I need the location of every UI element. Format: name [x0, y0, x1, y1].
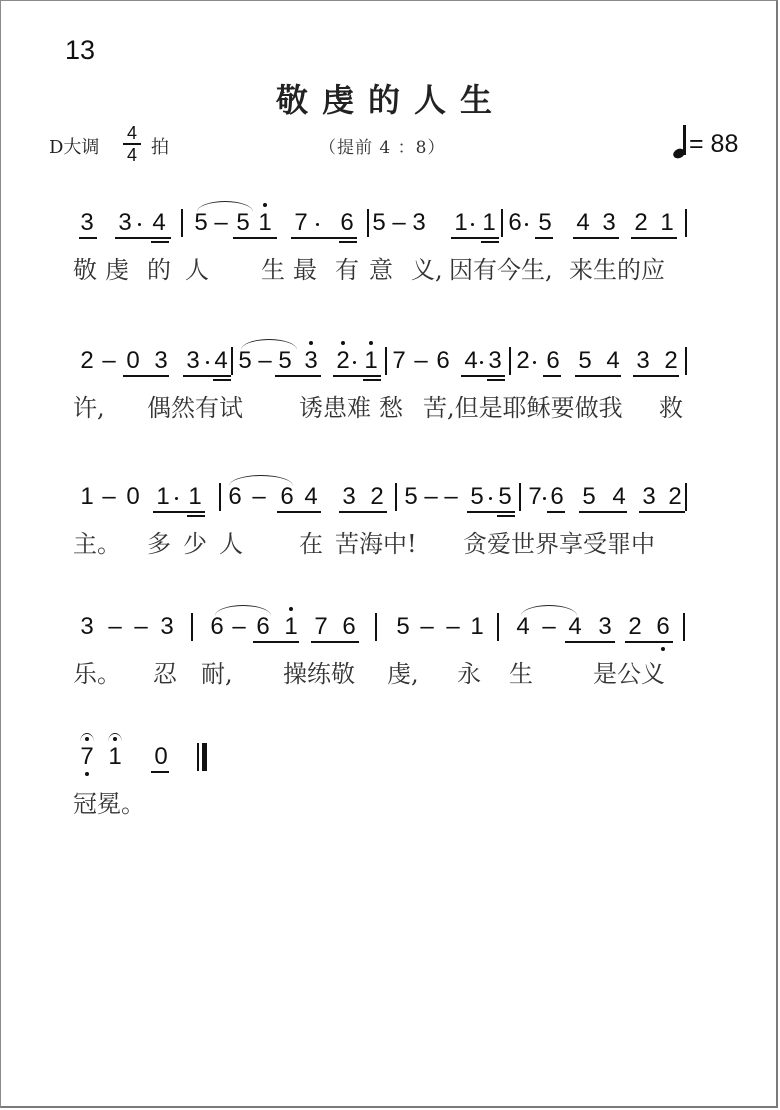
note: 2 — [515, 349, 531, 373]
eighth-underline — [277, 511, 321, 513]
dash: – — [541, 615, 557, 639]
high-octave-dot — [263, 203, 267, 207]
note: 1 — [257, 211, 273, 235]
lyric: 少 — [183, 529, 207, 559]
note: 5 — [497, 485, 513, 509]
note: 1 — [283, 615, 299, 639]
barline — [685, 483, 687, 511]
final-barline — [202, 743, 207, 771]
note: 6 — [545, 349, 561, 373]
note: 6 — [655, 615, 671, 639]
note: 6 — [255, 615, 271, 639]
song-title: 敬虔的人生 — [1, 75, 780, 121]
note: 5 — [469, 485, 485, 509]
lyric: 人 — [185, 255, 209, 285]
eighth-underline — [633, 375, 679, 377]
eighth-underline — [233, 237, 277, 239]
eighth-underline — [631, 237, 677, 239]
score-line: 3––36–61765––14–4326乐。忍耐,操练敬虔,永生是公义 — [1, 615, 780, 705]
lyric: 耐, — [201, 659, 233, 689]
eighth-underline — [573, 237, 619, 239]
lyrics-row: 主。多少人在苦海中!贪爱世界享受罪中 — [1, 529, 780, 563]
fermata-icon — [80, 733, 94, 742]
score-line: 3345–51765–311654321敬虔的人生最有意义,因有今生,来生的应 — [1, 211, 780, 301]
sixteenth-underline — [187, 515, 205, 517]
eighth-underline — [579, 511, 627, 513]
lyric: 主。 — [73, 529, 121, 559]
note: 7 — [79, 745, 95, 769]
note: 3 — [303, 349, 319, 373]
lyric: 乐。 — [73, 659, 121, 689]
note: 1 — [469, 615, 485, 639]
sixteenth-underline — [339, 241, 357, 243]
augmentation-dot — [206, 361, 209, 364]
dash: – — [391, 211, 407, 235]
quarter-note-icon — [673, 125, 687, 159]
dash: – — [423, 485, 439, 509]
eighth-underline — [253, 641, 299, 643]
eighth-underline — [639, 511, 685, 513]
eighth-underline — [481, 237, 499, 239]
lyric: 偶然有试 — [147, 393, 243, 423]
augmentation-dot — [533, 361, 536, 364]
barline — [501, 209, 503, 237]
note: 2 — [633, 211, 649, 235]
key-signature: D大调 — [49, 133, 99, 159]
augmentation-dot — [480, 361, 483, 364]
dash: – — [443, 485, 459, 509]
note: 3 — [159, 615, 175, 639]
score-page: 13 敬虔的人生 D大调 4 4 拍 （提前 4 ：8） = 88 3345–5… — [0, 0, 778, 1108]
lyrics-row: 乐。忍耐,操练敬虔,永生是公义 — [1, 659, 780, 693]
lyric: 苦海中! — [335, 529, 417, 559]
eighth-underline — [547, 511, 565, 513]
lyric: 贪爱世界享受罪中 — [463, 529, 655, 559]
note: 6 — [227, 485, 243, 509]
lyric: 冠冕。 — [73, 789, 145, 819]
note: 7 — [391, 349, 407, 373]
barline — [367, 209, 369, 237]
eighth-underline — [339, 511, 387, 513]
score-line: 710冠冕。 — [1, 745, 780, 835]
eighth-underline — [123, 375, 169, 377]
note: 5 — [537, 211, 553, 235]
note: 3 — [487, 349, 503, 373]
tie-slur — [241, 339, 297, 350]
lyric: 愁 — [379, 393, 403, 423]
dash: – — [251, 485, 267, 509]
note: 1 — [187, 485, 203, 509]
note: 6 — [339, 211, 355, 235]
note: 3 — [411, 211, 427, 235]
note: 0 — [125, 349, 141, 373]
lyric: 救 — [659, 393, 683, 423]
eighth-underline — [151, 237, 169, 239]
eighth-underline — [625, 641, 673, 643]
eighth-underline — [487, 375, 505, 377]
note: 5 — [237, 349, 253, 373]
eighth-underline — [543, 375, 561, 377]
augmentation-dot — [489, 497, 492, 500]
note: 5 — [577, 349, 593, 373]
lyric: 最 — [293, 255, 317, 285]
tie-slur — [197, 201, 253, 212]
barline — [509, 347, 511, 375]
note: 3 — [117, 211, 133, 235]
eighth-underline — [535, 237, 553, 239]
sixteenth-underline — [363, 379, 381, 381]
barline — [385, 347, 387, 375]
note: 5 — [193, 211, 209, 235]
note: 4 — [151, 211, 167, 235]
augmentation-dot — [471, 223, 474, 226]
note: 7 — [313, 615, 329, 639]
barline — [375, 613, 377, 641]
lyric: 生 — [261, 255, 285, 285]
note: 3 — [79, 211, 95, 235]
lyric: 来生的应 — [569, 255, 665, 285]
barline — [181, 209, 183, 237]
note: 4 — [515, 615, 531, 639]
note: 4 — [463, 349, 479, 373]
note: 4 — [575, 211, 591, 235]
sixteenth-underline — [487, 379, 505, 381]
dash: – — [419, 615, 435, 639]
high-octave-dot — [369, 341, 373, 345]
sixteenth-underline — [151, 241, 169, 243]
note: 3 — [341, 485, 357, 509]
time-signature-bottom: 4 — [123, 146, 141, 164]
sixteenth-underline — [497, 515, 515, 517]
eighth-underline — [311, 641, 359, 643]
note: 1 — [79, 485, 95, 509]
note: 3 — [597, 615, 613, 639]
augmentation-dot — [138, 223, 141, 226]
eighth-underline — [497, 511, 515, 513]
barline — [519, 483, 521, 511]
barline — [685, 209, 687, 237]
sixteenth-underline — [213, 379, 231, 381]
high-octave-dot — [309, 341, 313, 345]
lyric: 生 — [509, 659, 533, 689]
note: 6 — [549, 485, 565, 509]
tempo-marking: = 88 — [673, 125, 738, 159]
barline — [683, 613, 685, 641]
note: 7 — [527, 485, 543, 509]
lyric: 在 — [299, 529, 323, 559]
note: 4 — [213, 349, 229, 373]
low-octave-dot — [85, 772, 89, 776]
lyric: 是公义 — [593, 659, 665, 689]
time-signature: 4 4 — [123, 124, 141, 164]
note: 3 — [635, 349, 651, 373]
dash: – — [101, 349, 117, 373]
note: 5 — [403, 485, 419, 509]
note: 6 — [279, 485, 295, 509]
high-octave-dot — [289, 607, 293, 611]
note: 4 — [567, 615, 583, 639]
lyric: 永 — [457, 659, 481, 689]
eighth-underline — [363, 375, 381, 377]
lyric: 操练敬 — [283, 659, 355, 689]
note: 6 — [507, 211, 523, 235]
barline — [197, 743, 199, 771]
lyric: 多 — [147, 529, 171, 559]
beat-label: 拍 — [151, 133, 169, 159]
lyrics-row: 敬虔的人生最有意义,因有今生,来生的应 — [1, 255, 780, 289]
dash: – — [445, 615, 461, 639]
dash: – — [101, 485, 117, 509]
fermata-icon — [108, 733, 122, 742]
lyric: 敬 — [73, 255, 97, 285]
lyric: 人 — [219, 529, 243, 559]
note: 3 — [185, 349, 201, 373]
note: 6 — [341, 615, 357, 639]
barline — [219, 483, 221, 511]
dash: – — [257, 349, 273, 373]
dash: – — [107, 615, 123, 639]
high-octave-dot — [341, 341, 345, 345]
lyric: 诱患难 — [299, 393, 371, 423]
eighth-underline — [575, 375, 621, 377]
note: 1 — [659, 211, 675, 235]
note: 3 — [641, 485, 657, 509]
tie-slur — [215, 605, 271, 616]
note: 2 — [369, 485, 385, 509]
dash: – — [213, 211, 229, 235]
augmentation-dot — [525, 223, 528, 226]
note: 3 — [153, 349, 169, 373]
lyric: 虔 — [105, 255, 129, 285]
note: 1 — [363, 349, 379, 373]
lyrics-row: 许,偶然有试诱患难愁苦,但是耶稣要做我救 — [1, 393, 780, 427]
lyric: 虔, — [387, 659, 419, 689]
score-line: 2–03345–53217–643265432许,偶然有试诱患难愁苦,但是耶稣要… — [1, 349, 780, 439]
augmentation-dot — [543, 497, 546, 500]
lyric: 有 — [335, 255, 359, 285]
note: 4 — [303, 485, 319, 509]
lyric: 苦,但是耶稣要做我 — [423, 393, 623, 423]
barline — [685, 347, 687, 375]
lyric: 因有今生, — [449, 255, 553, 285]
eighth-underline — [187, 511, 205, 513]
lyric: 的 — [147, 255, 171, 285]
barline — [231, 347, 233, 375]
lyric: 意 — [369, 255, 393, 285]
tie-slur — [229, 475, 293, 486]
note: 1 — [453, 211, 469, 235]
note: 5 — [581, 485, 597, 509]
eighth-underline — [79, 237, 97, 239]
eighth-underline — [339, 237, 357, 239]
score-line: 1–0116–64325––55765432主。多少人在苦海中!贪爱世界享受罪中 — [1, 485, 780, 575]
tie-slur — [521, 605, 577, 616]
note: 4 — [611, 485, 627, 509]
note: 5 — [395, 615, 411, 639]
lyrics-row: 冠冕。 — [1, 789, 780, 823]
note: 1 — [481, 211, 497, 235]
barline — [191, 613, 193, 641]
low-octave-dot — [661, 647, 665, 651]
note: 4 — [605, 349, 621, 373]
note: 2 — [335, 349, 351, 373]
note: 1 — [155, 485, 171, 509]
augmentation-dot — [175, 497, 178, 500]
note: 2 — [79, 349, 95, 373]
time-signature-top: 4 — [123, 124, 141, 142]
eighth-underline — [275, 375, 321, 377]
lyric: 义, — [411, 255, 443, 285]
note: 0 — [153, 745, 169, 769]
augmentation-dot — [353, 361, 356, 364]
note: 6 — [209, 615, 225, 639]
note: 5 — [235, 211, 251, 235]
barline — [395, 483, 397, 511]
note: 2 — [663, 349, 679, 373]
dash: – — [413, 349, 429, 373]
eighth-underline — [213, 375, 231, 377]
note: 6 — [435, 349, 451, 373]
note: 3 — [601, 211, 617, 235]
lyric: 忍 — [153, 659, 177, 689]
dash: – — [231, 615, 247, 639]
tempo-value: = 88 — [689, 130, 738, 159]
barline — [497, 613, 499, 641]
page-number: 13 — [65, 35, 95, 66]
prelude-note: （提前 4 ：8） — [319, 133, 445, 158]
eighth-underline — [565, 641, 615, 643]
note: 1 — [107, 745, 123, 769]
eighth-underline — [151, 771, 169, 773]
augmentation-dot — [316, 223, 319, 226]
note: 7 — [293, 211, 309, 235]
dash: – — [133, 615, 149, 639]
note: 5 — [277, 349, 293, 373]
note: 5 — [371, 211, 387, 235]
sixteenth-underline — [481, 241, 499, 243]
note: 3 — [79, 615, 95, 639]
note: 2 — [667, 485, 683, 509]
note: 0 — [125, 485, 141, 509]
lyric: 许, — [73, 393, 105, 423]
note: 2 — [627, 615, 643, 639]
